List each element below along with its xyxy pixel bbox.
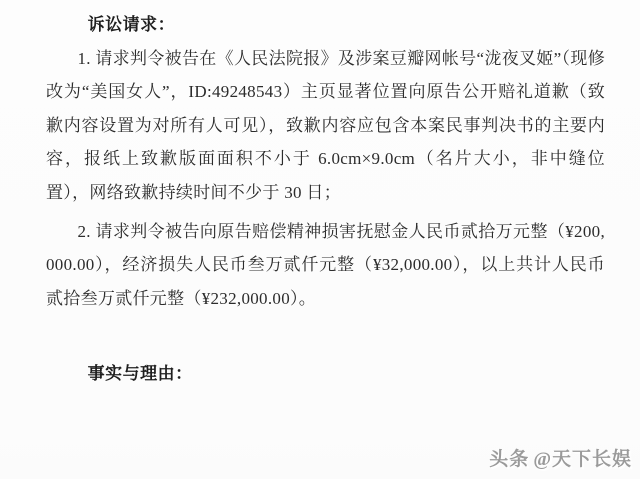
watermark-handle: @天下长娱 xyxy=(533,449,632,470)
claim-paragraph-1: 1. 请求判令被告在《人民法院报》及涉案豆瓣网帐号“泷夜叉姬”（现修改为“美国女… xyxy=(46,42,605,210)
watermark: 头条@天下长娱 xyxy=(489,444,632,471)
document-page: 诉讼请求： 1. 请求判令被告在《人民法院报》及涉案豆瓣网帐号“泷夜叉姬”（现修… xyxy=(0,0,640,479)
section-heading-claims: 诉讼请求： xyxy=(46,8,605,42)
claim-paragraph-2: 2. 请求判令被告向原告赔偿精神损害抚慰金人民币贰拾万元整（¥200,000.0… xyxy=(46,215,605,316)
section-heading-facts: 事实与理由： xyxy=(46,357,605,391)
watermark-brand-toutiao: 头条 xyxy=(489,449,529,470)
